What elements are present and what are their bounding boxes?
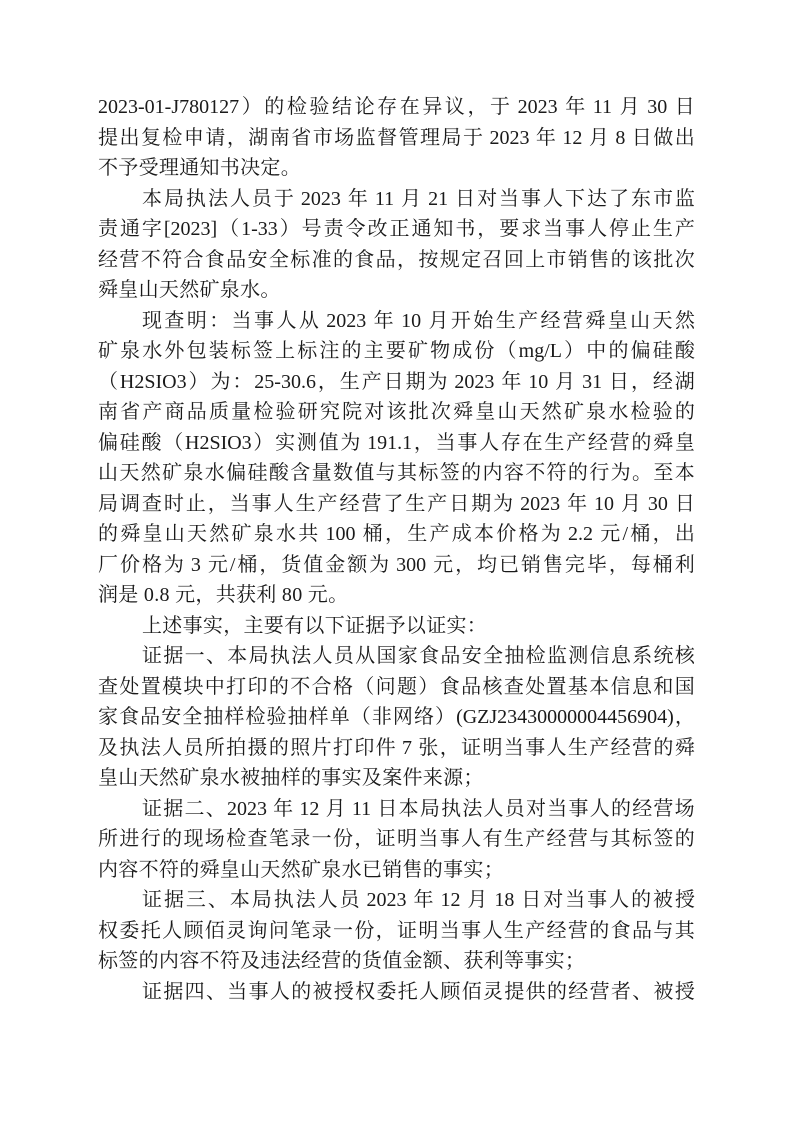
text-token: 标: [231, 336, 251, 367]
text-token: 共: [298, 519, 318, 550]
text-token: 偏: [631, 336, 651, 367]
text-token: 置: [547, 672, 567, 703]
text-token: 模: [162, 672, 182, 703]
text-token: 托: [398, 977, 418, 1008]
text-token: 与: [376, 458, 396, 489]
text-token: 供: [526, 977, 546, 1008]
text-token: 笔: [290, 916, 310, 947]
text-token: 18: [489, 885, 519, 916]
text-token: 产: [430, 519, 450, 550]
text-token: 责: [98, 214, 118, 245]
text-token: 南: [270, 123, 290, 154]
text-token: 达: [587, 184, 607, 215]
text-token: [2023]: [164, 214, 217, 245]
text-token: 11: [588, 92, 617, 123]
text-token: 值: [303, 550, 323, 581]
text-token: 月: [467, 885, 487, 916]
text-token: 当: [547, 794, 567, 825]
text-token: 时: [164, 489, 184, 520]
text-token: 生: [653, 214, 673, 245]
text-token: 一: [312, 824, 332, 855]
text-token: 值: [319, 428, 339, 459]
text-token: 所: [205, 733, 225, 764]
text-token: 标: [290, 245, 310, 276]
text-token: ，: [227, 123, 247, 154]
text-token: 检: [526, 641, 546, 672]
text-token: 矿: [98, 336, 118, 367]
text-token: 日: [632, 123, 652, 154]
text-token: 法: [291, 641, 311, 672]
text-token: 止: [631, 214, 651, 245]
text-token: 调: [120, 489, 140, 520]
text-token: 量: [312, 458, 332, 489]
text-token: 为: [493, 489, 513, 520]
text-token: 湖: [675, 367, 695, 398]
text-token: 场: [675, 794, 695, 825]
text-token: ，: [675, 702, 695, 733]
text-token: 当: [227, 977, 247, 1008]
text-line: 证据三、本局执法人员 2023 年 12 月 18 日对当事人的被授: [98, 885, 695, 916]
text-token: 验: [267, 702, 287, 733]
text-token: 人: [587, 214, 607, 245]
text-token: 市: [313, 123, 333, 154]
text-token: 系: [632, 641, 652, 672]
text-token: 产: [589, 733, 609, 764]
text-token: 者: [611, 977, 631, 1008]
text-token: 事: [587, 885, 607, 916]
text-token: 印: [354, 733, 374, 764]
text-token: 知: [433, 214, 453, 245]
text-token: 山: [497, 397, 517, 428]
text-token: 事: [249, 977, 269, 1008]
text-token: 舜: [653, 428, 673, 459]
text-token: 产: [675, 214, 695, 245]
text-token: 经: [588, 428, 608, 459]
text-line: 舜皇山天然矿泉水。: [98, 275, 695, 306]
text-token: 事: [525, 733, 545, 764]
text-token: 监: [356, 123, 376, 154]
text-token: 食: [419, 641, 439, 672]
text-token: 经: [568, 977, 588, 1008]
text-token: 测: [568, 641, 588, 672]
text-token: 安: [248, 245, 268, 276]
text-token: 批: [409, 397, 429, 428]
text-line: 查处置模块中打印的不合格（问题）食品核查处置基本信息和国: [98, 672, 695, 703]
text-token: 2023: [449, 367, 499, 398]
text-token: 人: [230, 184, 250, 215]
text-token: 的: [568, 458, 588, 489]
text-token: 法: [208, 184, 228, 215]
text-token: 桶: [653, 550, 673, 581]
text-token: 的: [291, 977, 311, 1008]
text-token: 日: [455, 184, 475, 215]
text-token: 外: [164, 336, 184, 367]
text-token: 与: [653, 916, 673, 947]
text-token: 矿: [408, 336, 428, 367]
text-token: 值: [354, 458, 374, 489]
text-token: 营: [563, 306, 583, 337]
text-token: 研: [298, 397, 318, 428]
text-token: 产: [142, 397, 162, 428]
text-token: 生: [544, 428, 564, 459]
text-token: 问: [376, 672, 396, 703]
text-token: 利: [675, 550, 695, 581]
text-token: 日: [384, 367, 404, 398]
text-token: 日: [377, 794, 397, 825]
text-token: 于: [490, 92, 510, 123]
text-line: 证据一、本局执法人员从国家食品安全抽检监测信息系统核: [98, 641, 695, 672]
text-token: 请: [205, 123, 225, 154]
text-token: 月: [401, 184, 421, 215]
text-token: 员: [334, 641, 354, 672]
text-token: 期: [406, 367, 426, 398]
text-token: 于: [274, 184, 294, 215]
text-token: ，: [653, 519, 673, 550]
text-token: 10: [523, 367, 553, 398]
text-token: 的: [611, 794, 631, 825]
text-token: 产: [566, 428, 586, 459]
text-token: 其: [675, 916, 695, 947]
text-token: 提: [98, 123, 118, 154]
text-token: （: [354, 672, 374, 703]
text-token: 求: [521, 214, 541, 245]
text-token: 信: [611, 672, 631, 703]
text-token: 2023: [296, 184, 346, 215]
text-token: 及: [98, 733, 118, 764]
text-token: 安: [161, 702, 181, 733]
text-token: 监: [547, 641, 567, 672]
text-token: ）: [435, 702, 455, 733]
text-token: 成: [452, 519, 472, 550]
text-token: 份: [474, 336, 494, 367]
text-token: /: [623, 519, 629, 550]
text-token: 笔: [269, 824, 289, 855]
text-token: 酸: [269, 458, 289, 489]
text-token: 统: [654, 641, 674, 672]
text-token: 法: [296, 885, 316, 916]
text-token: 天: [187, 519, 207, 550]
text-token: 复: [141, 123, 161, 154]
text-token: 7: [397, 733, 417, 764]
text-token: 事: [461, 916, 481, 947]
text-token: ，: [397, 245, 417, 276]
text-token: 品: [187, 397, 207, 428]
text-token: 顾: [183, 916, 203, 947]
text-token: 托: [141, 916, 161, 947]
text-token: 硅: [248, 458, 268, 489]
text-token: 基: [568, 672, 588, 703]
text-token: 证: [142, 641, 162, 672]
text-token: 人: [609, 885, 629, 916]
text-token: 标: [632, 824, 652, 855]
text-token: 经: [98, 245, 118, 276]
text-token: 验: [653, 397, 673, 428]
text-token: 明: [187, 306, 207, 337]
text-token: 舜: [453, 397, 473, 428]
text-token: 元: [433, 550, 453, 581]
text-token: 进: [119, 824, 139, 855]
text-token: 12: [435, 885, 465, 916]
text-token: ）: [280, 214, 300, 245]
text-token: 权: [355, 977, 375, 1008]
text-token: 价: [120, 550, 140, 581]
text-token: 年: [348, 184, 368, 215]
text-token: 要: [386, 336, 406, 367]
text-token: 做: [653, 123, 673, 154]
text-token: 商: [165, 397, 185, 428]
text-token: 生: [407, 519, 427, 550]
text-token: ）: [418, 672, 438, 703]
text-token: 了: [383, 489, 403, 520]
text-token: 皇: [143, 519, 163, 550]
text-token: 矿: [564, 397, 584, 428]
text-token: 场: [334, 123, 354, 154]
text-token: 月: [428, 306, 448, 337]
text-token: 市: [653, 184, 673, 215]
text-token: 询: [248, 916, 268, 947]
text-token: 从: [355, 641, 375, 672]
text-token: 产: [318, 489, 338, 520]
text-token: 开: [451, 306, 471, 337]
text-token: 全: [182, 702, 202, 733]
text-token: 2023: [484, 123, 534, 154]
text-token: 品: [226, 245, 246, 276]
text-token: 题: [397, 672, 417, 703]
text-line: 本局执法人员于 2023 年 11 月 21 日对当事人下达了东市监: [98, 184, 695, 215]
text-token: 份: [333, 824, 353, 855]
text-token: 证: [142, 885, 162, 916]
text-token: 委: [119, 916, 139, 947]
text-token: 检: [226, 824, 246, 855]
text-token: 网: [393, 702, 413, 733]
text-token: 湖: [248, 123, 268, 154]
text-token: 12: [557, 123, 587, 154]
text-token: 下: [565, 184, 585, 215]
text-token: 存: [377, 92, 397, 123]
text-token: 人: [484, 794, 504, 825]
text-token: 次: [675, 245, 695, 276]
text-line: 现查明：当事人从 2023 年 10 月开始生产经营舜皇山天然: [98, 306, 695, 337]
text-token: 2023: [515, 489, 565, 520]
text-token: 10: [589, 489, 619, 520]
text-token: 生: [405, 489, 425, 520]
text-token: 年: [567, 489, 587, 520]
text-token: 日: [521, 885, 541, 916]
text-token: 2023: [362, 885, 412, 916]
document-body: 2023-01-J780127）的检验结论存在异议，于 2023 年 11 月 …: [98, 92, 695, 1007]
text-token: 始: [473, 306, 493, 337]
text-token: 络: [414, 702, 434, 733]
text-token: 为: [164, 550, 184, 581]
text-token: 然: [542, 397, 562, 428]
text-line: 上述事实，主要有以下证据予以证实：: [98, 611, 695, 642]
text-token: ，: [467, 92, 487, 123]
text-token: 不: [525, 458, 545, 489]
text-token: 印: [248, 672, 268, 703]
text-token: 员: [252, 184, 272, 215]
text-token: 酸: [675, 336, 695, 367]
text-line: 权委托人顾佰灵询问笔录一份，证明当事人生产经营的食品与其: [98, 916, 695, 947]
text-token: 硅: [653, 336, 673, 367]
text-token: 上: [275, 336, 295, 367]
text-token: 格: [519, 519, 539, 550]
text-token: 授: [334, 977, 354, 1008]
text-token: 桶: [363, 519, 383, 550]
text-token: 舜: [675, 733, 695, 764]
text-token: 然: [675, 306, 695, 337]
text-token: 信: [590, 641, 610, 672]
text-token: 30: [642, 92, 672, 123]
text-token: 当: [440, 916, 460, 947]
text-token: 国: [376, 641, 396, 672]
text-token: 本: [589, 672, 609, 703]
text-token: 结: [332, 92, 352, 123]
text-token: 经: [547, 824, 567, 855]
text-token: 其: [397, 458, 417, 489]
text-token: 通: [411, 214, 431, 245]
text-token: ，: [440, 733, 460, 764]
text-token: 回: [504, 245, 524, 276]
text-token: 31: [577, 367, 607, 398]
text-token: 员: [505, 794, 525, 825]
text-token: 日: [675, 489, 695, 520]
text-token: 处: [525, 672, 545, 703]
text-token: 300: [391, 550, 431, 581]
text-token: 11: [347, 794, 376, 825]
text-token: 佰: [205, 916, 225, 947]
text-token: 抽: [203, 702, 223, 733]
text-token: 食: [611, 916, 631, 947]
text-token: 正: [389, 214, 409, 245]
text-token: 号: [302, 214, 322, 245]
text-token: 人: [270, 977, 290, 1008]
text-token: 查: [164, 306, 184, 337]
text-token: 对: [364, 397, 384, 428]
text-token: 。: [632, 458, 652, 489]
text-token: ，: [259, 550, 279, 581]
text-token: 泉: [120, 336, 140, 367]
text-token: 已: [499, 550, 519, 581]
text-token: 停: [609, 214, 629, 245]
text-token: 对: [543, 885, 563, 916]
text-token: 次: [431, 397, 451, 428]
text-token: 当: [504, 733, 524, 764]
text-token: 人: [482, 916, 502, 947]
text-token: 合: [312, 672, 332, 703]
text-token: ，: [414, 428, 434, 459]
text-line: 证据四、当事人的被授权委托人顾佰灵提供的经营者、被授: [98, 977, 695, 1008]
text-token: 执: [119, 733, 139, 764]
text-token: 事: [565, 214, 585, 245]
text-token: 当: [436, 428, 456, 459]
text-token: 局: [442, 123, 462, 154]
text-token: 照: [290, 733, 310, 764]
text-token: 片: [312, 733, 332, 764]
text-token: 包: [187, 336, 207, 367]
text-token: 该: [632, 245, 652, 276]
text-token: 查: [504, 672, 524, 703]
text-token: 泉: [254, 519, 274, 550]
text-token: 检: [245, 702, 265, 733]
text-token: 权: [98, 916, 118, 947]
text-token: 191.1: [362, 428, 412, 459]
text-token: 产: [362, 367, 382, 398]
text-token: 证: [376, 824, 396, 855]
text-token: 局: [420, 794, 440, 825]
text-token: 格: [333, 672, 353, 703]
text-token: 事: [440, 824, 460, 855]
text-token: 舜: [585, 306, 605, 337]
text-token: （: [497, 336, 517, 367]
text-token: H2SIO3: [185, 428, 252, 459]
text-line: 偏硅酸（H2SIO3）实测值为 191.1，当事人存在生产经营的舜皇: [98, 428, 695, 459]
text-token: 的: [461, 458, 481, 489]
text-token: ）: [189, 367, 209, 398]
text-token: 含: [290, 458, 310, 489]
text-token: ）: [564, 336, 584, 367]
text-token: ，: [208, 489, 228, 520]
text-token: 人: [162, 733, 182, 764]
text-token: 事: [568, 794, 588, 825]
text-token: 经: [611, 733, 631, 764]
text-token: 按: [418, 245, 438, 276]
text-token: 、: [206, 794, 226, 825]
text-token: 局: [98, 489, 118, 520]
text-token: 泉: [586, 397, 606, 428]
text-token: 物: [430, 336, 450, 367]
text-line: 不予受理通知书决定。: [98, 153, 695, 184]
text-token: 核: [482, 672, 502, 703]
text-token: 8: [610, 123, 630, 154]
text-token: 售: [543, 550, 563, 581]
text-token: 产: [525, 824, 545, 855]
text-token: 和: [653, 672, 673, 703]
text-token: 上: [525, 245, 545, 276]
text-token: 该: [386, 397, 406, 428]
text-token: 内: [482, 458, 502, 489]
text-token: 的: [653, 733, 673, 764]
text-token: 录: [312, 916, 332, 947]
text-token: 营: [361, 489, 381, 520]
text-token: 验: [276, 397, 296, 428]
text-line: 责通字[2023]（1-33）号责令改正通知书，要求当事人停止生产: [98, 214, 695, 245]
text-token: 问: [269, 916, 289, 947]
text-token: 东: [631, 184, 651, 215]
text-token: 当: [232, 306, 252, 337]
text-token: 三: [186, 885, 206, 916]
text-token: 年: [565, 92, 585, 123]
text-token: 本: [230, 885, 250, 916]
text-token: 的: [675, 824, 695, 855]
text-token: 明: [418, 916, 438, 947]
text-token: 符: [162, 245, 182, 276]
text-token: 矿: [232, 519, 252, 550]
text-token: 经: [541, 306, 561, 337]
text-token: 年: [413, 885, 433, 916]
text-token: 3: [186, 550, 206, 581]
text-token: 货: [281, 550, 301, 581]
text-token: 每: [631, 550, 651, 581]
text-token: ，: [385, 519, 405, 550]
text-token: 品: [440, 641, 460, 672]
text-token: 生: [568, 733, 588, 764]
text-token: 改: [368, 214, 388, 245]
text-token: 处: [119, 672, 139, 703]
text-token: 泉: [183, 458, 203, 489]
text-line: 证据二、2023 年 12 月 11 日本局执法人员对当事人的经营场: [98, 794, 695, 825]
text-token: 营: [632, 733, 652, 764]
text-token: 天: [653, 306, 673, 337]
